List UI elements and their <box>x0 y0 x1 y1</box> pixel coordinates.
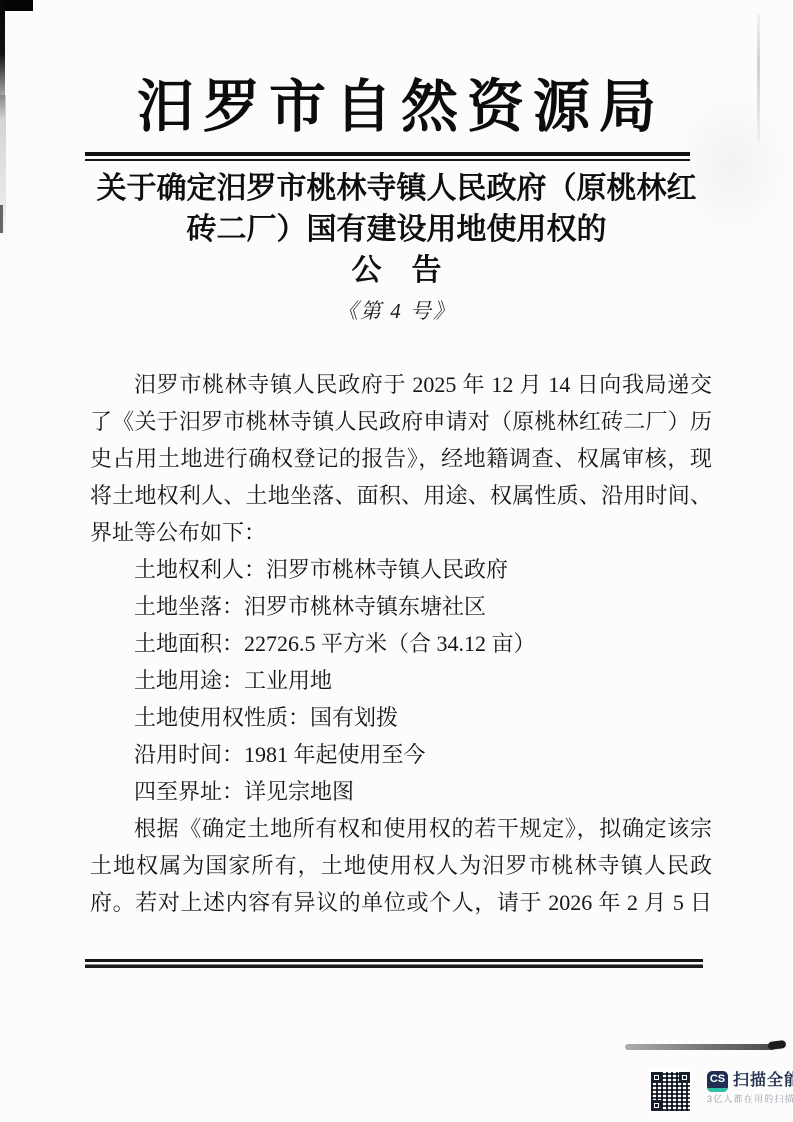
scan-artifact-edge-tick <box>0 205 3 233</box>
scan-artifact-smudge-tip <box>768 1040 787 1050</box>
issuer-title: 汨罗市自然资源局 <box>0 74 793 142</box>
camscanner-logo-accent <box>707 1088 728 1092</box>
body-line: 汨罗市桃林寺镇人民政府于 2025 年 12 月 14 日向我局递交 <box>90 366 712 403</box>
scan-artifact-smudge <box>625 1044 775 1050</box>
document-number: 《第 4 号》 <box>0 295 793 327</box>
announcement-title-line: 公 告 <box>60 250 733 291</box>
body-line: 了《关于汨罗市桃林寺镇人民政府申请对（原桃林红砖二厂）历 <box>90 403 712 440</box>
body-line: 根据《确定土地所有权和使用权的若干规定》，拟确定该宗 <box>90 810 712 847</box>
qr-finder-icon <box>651 1072 662 1083</box>
body-line: 土地权利人：汨罗市桃林寺镇人民政府 <box>90 551 712 588</box>
body-line: 土地权属为国家所有，土地使用权人为汨罗市桃林寺镇人民政 <box>90 847 712 884</box>
letterhead-rule <box>85 152 690 162</box>
scanned-document-page: 汨罗市自然资源局 关于确定汨罗市桃林寺镇人民政府（原桃林红 砖二厂）国有建设用地… <box>0 0 793 1122</box>
camscanner-app-name: 扫描全能王 <box>733 1070 793 1092</box>
qr-finder-icon <box>651 1100 662 1111</box>
qr-code <box>649 1070 692 1113</box>
body-line: 将土地权利人、土地坐落、面积、用途、权属性质、沿用时间、 <box>90 477 712 514</box>
footer-rule <box>85 959 703 968</box>
body-line: 土地坐落：汨罗市桃林寺镇东塘社区 <box>90 588 712 625</box>
camscanner-logo-icon: CS <box>707 1071 728 1092</box>
body-line: 土地面积：22726.5 平方米（合 34.12 亩） <box>90 625 712 662</box>
body-line: 土地使用权性质：国有划拨 <box>90 699 712 736</box>
announcement-title: 关于确定汨罗市桃林寺镇人民政府（原桃林红 砖二厂）国有建设用地使用权的 公 告 <box>60 168 733 291</box>
body-line: 四至界址：详见宗地图 <box>90 773 712 810</box>
body-line: 史占用土地进行确权登记的报告》，经地籍调查、权属审核，现 <box>90 440 712 477</box>
camscanner-tagline: 3亿人都在用的扫描App <box>707 1093 793 1105</box>
body-line: 土地用途：工业用地 <box>90 662 712 699</box>
camscanner-logo-text: CS <box>707 1071 728 1088</box>
announcement-title-line: 砖二厂）国有建设用地使用权的 <box>60 209 733 250</box>
body-text: 汨罗市桃林寺镇人民政府于 2025 年 12 月 14 日向我局递交了《关于汨罗… <box>90 366 712 921</box>
body-line: 界址等公布如下： <box>90 514 712 551</box>
body-line: 沿用时间：1981 年起使用至今 <box>90 736 712 773</box>
announcement-title-line: 关于确定汨罗市桃林寺镇人民政府（原桃林红 <box>60 168 733 209</box>
qr-finder-icon <box>679 1072 690 1083</box>
body-line: 府。若对上述内容有异议的单位或个人，请于 2026 年 2 月 5 日 <box>90 884 712 921</box>
